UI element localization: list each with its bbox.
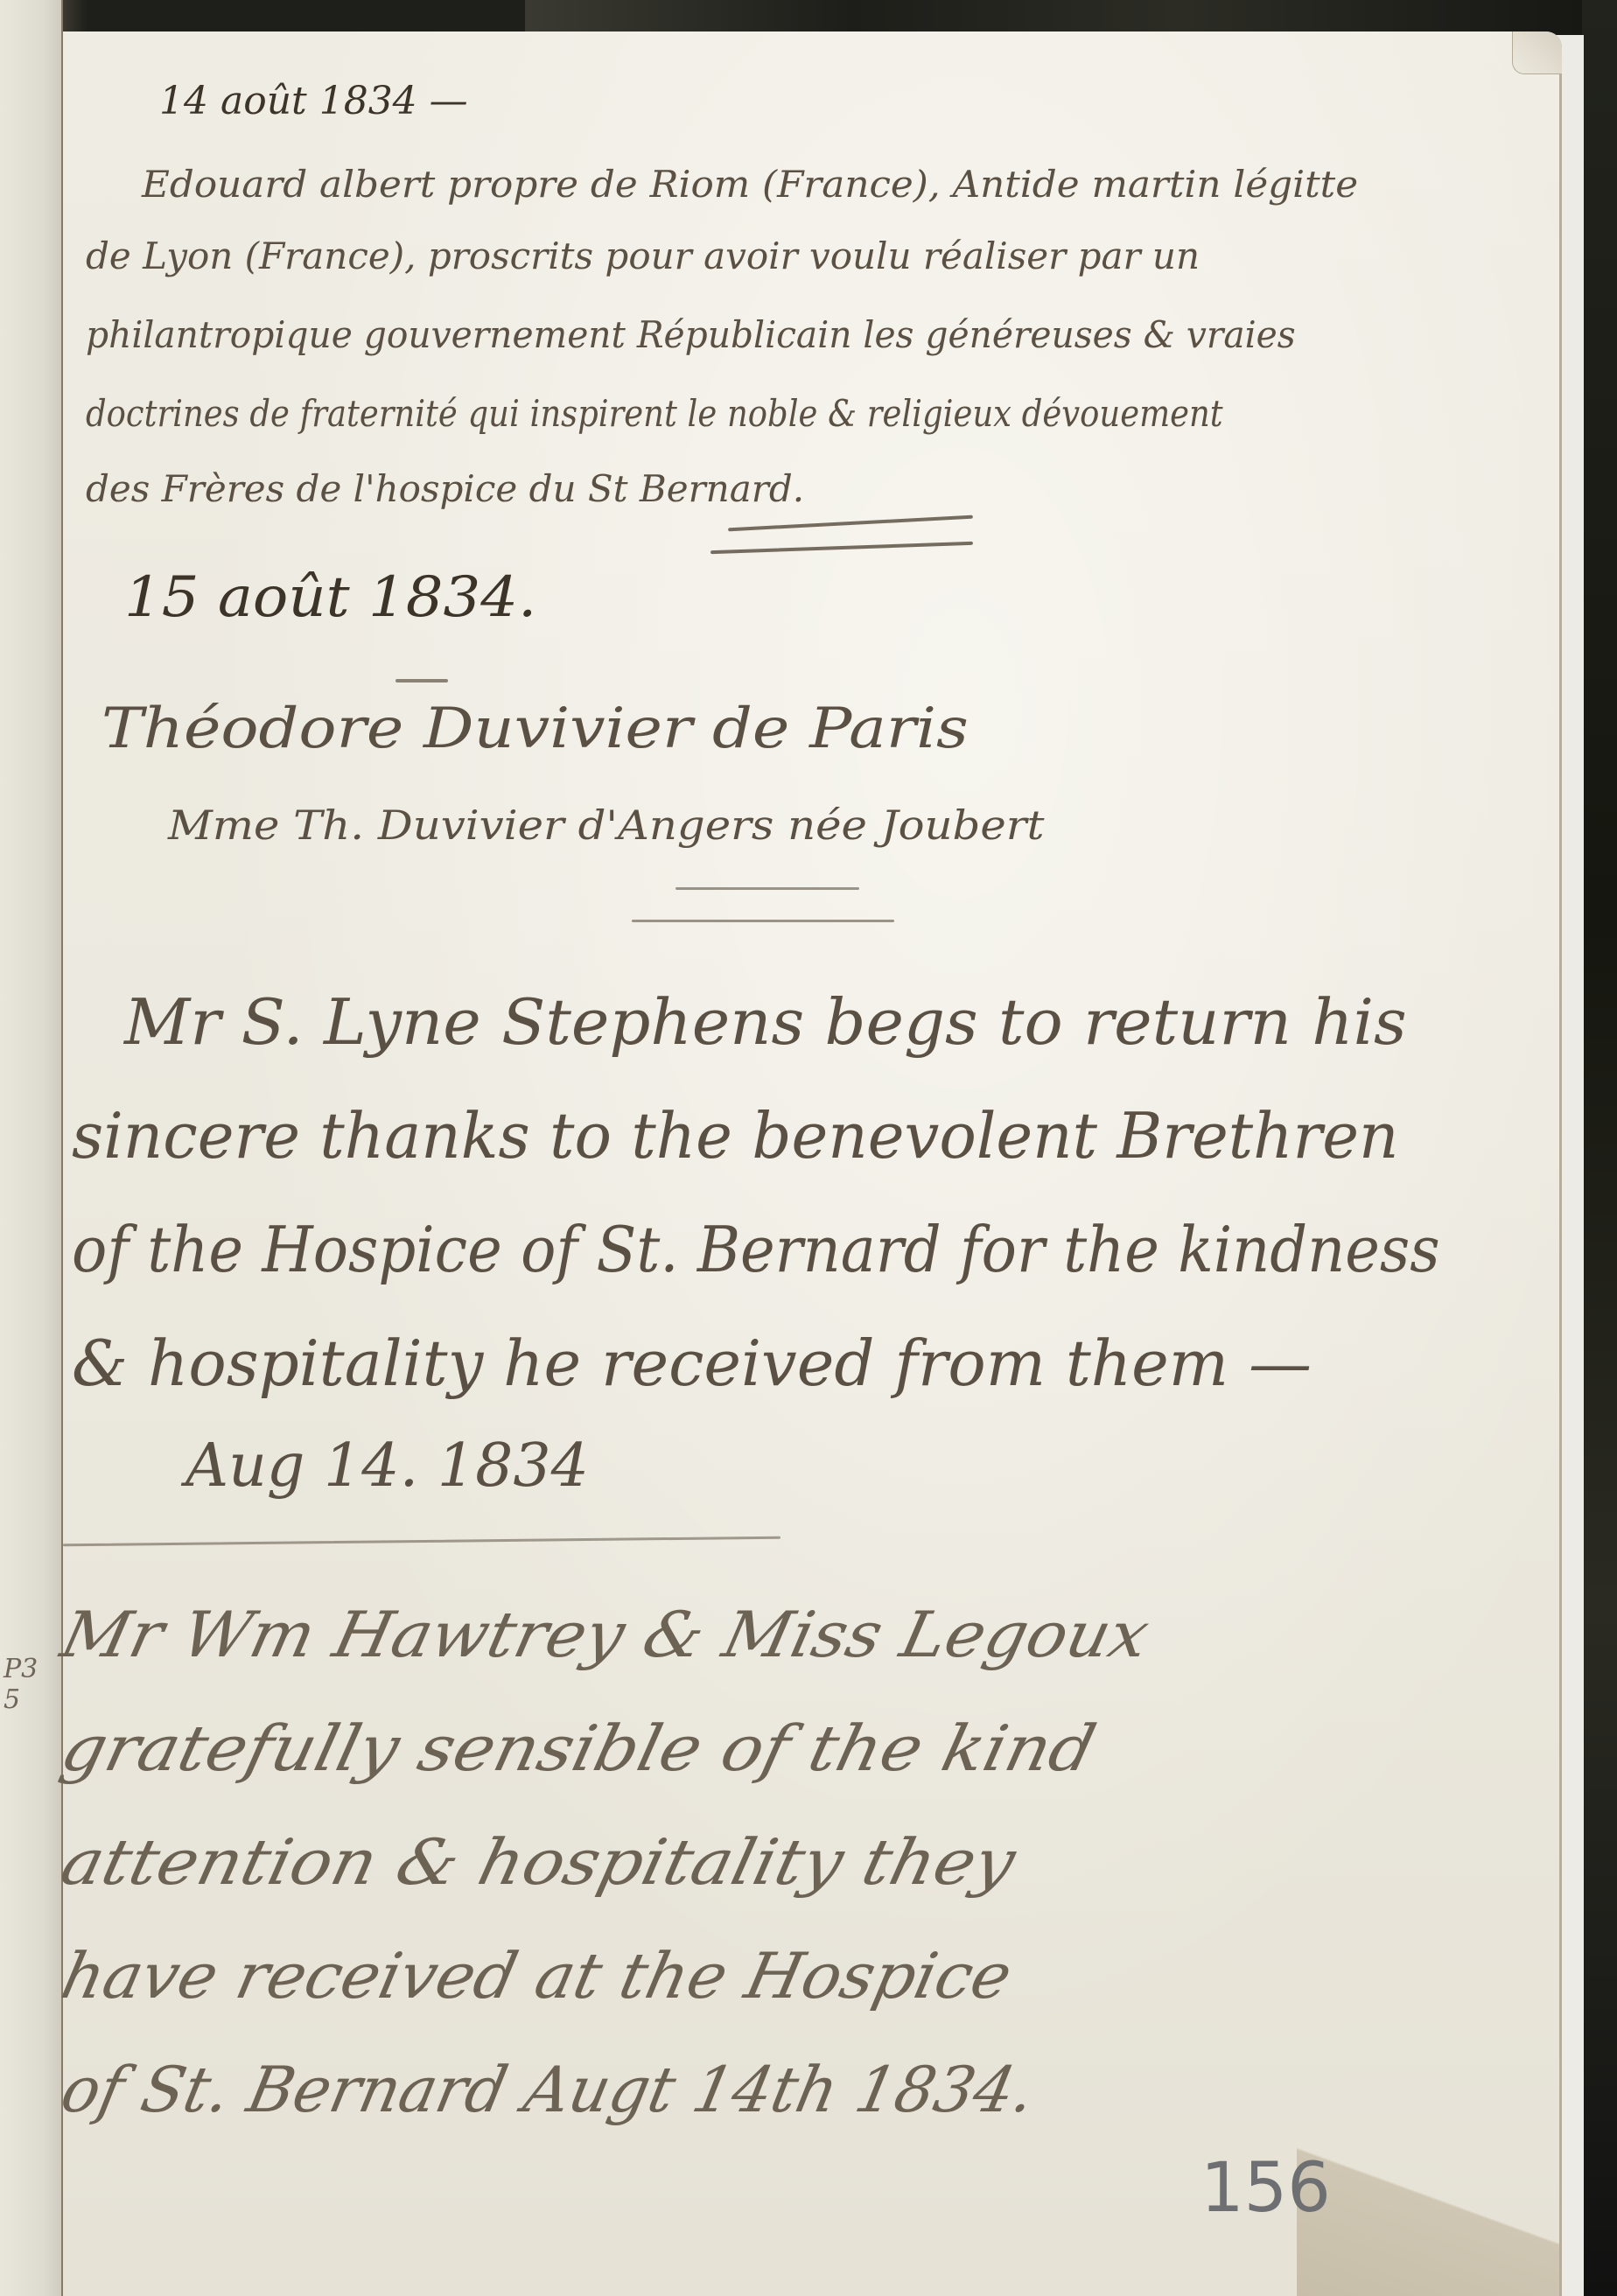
- facing-page-mark: 5: [3, 1684, 20, 1715]
- entry-line: of the Hospice of St. Bernard for the ki…: [72, 1213, 1440, 1286]
- entry-line: have received at the Hospice: [55, 1939, 1018, 2012]
- entry-line: Edouard albert propre de Riom (France), …: [142, 163, 1358, 206]
- folded-corner: [1512, 31, 1562, 74]
- entry-date: Aug 14. 1834: [185, 1431, 589, 1501]
- separator-flourish: [710, 542, 973, 554]
- separator-flourish: [728, 515, 973, 532]
- facing-page: P3 5: [0, 0, 63, 2296]
- entry-line: Mr S. Lyne Stephens begs to return his: [124, 985, 1407, 1059]
- entry-line: doctrines de fraternité qui inspirent le…: [86, 392, 1223, 435]
- book-binding-right: [1582, 0, 1617, 2296]
- entry-line: Mr Wm Hawtrey & Miss Legoux: [55, 1598, 1156, 1671]
- entry-line: attention & hospitality they: [54, 1825, 1022, 1899]
- entry-line: des Frères de l'hospice du St Bernard.: [86, 467, 804, 510]
- entry-line: sincere thanks to the benevolent Brethre…: [72, 1099, 1398, 1172]
- manuscript-page: 14 août 1834 — Edouard albert propre de …: [63, 31, 1562, 2296]
- entry-line: gratefully sensible of the kind: [54, 1711, 1102, 1785]
- entry-line: de Lyon (France), proscrits pour avoir v…: [86, 234, 1200, 277]
- torn-corner: [1297, 2121, 1559, 2296]
- entry-line: Théodore Duvivier de Paris: [101, 696, 969, 761]
- entry-line: of St. Bernard Augt 14th 1834.: [55, 2053, 1041, 2126]
- page-number: 156: [1200, 2149, 1331, 2228]
- entry-line: Mme Th. Duvivier d'Angers née Joubert: [168, 801, 1044, 849]
- separator-line: [63, 1536, 780, 1547]
- separator-line: [675, 887, 859, 890]
- entry-line: & hospitality he received from them —: [72, 1326, 1312, 1400]
- entry-date: 15 août 1834.: [124, 565, 536, 630]
- date-flourish: [395, 679, 448, 682]
- facing-page-mark: P3: [3, 1654, 38, 1684]
- entry-date: 14 août 1834 —: [159, 79, 468, 123]
- separator-line: [632, 920, 894, 922]
- entry-line: philantropique gouvernement Républicain …: [86, 313, 1296, 356]
- book-binding-top: [525, 0, 1617, 35]
